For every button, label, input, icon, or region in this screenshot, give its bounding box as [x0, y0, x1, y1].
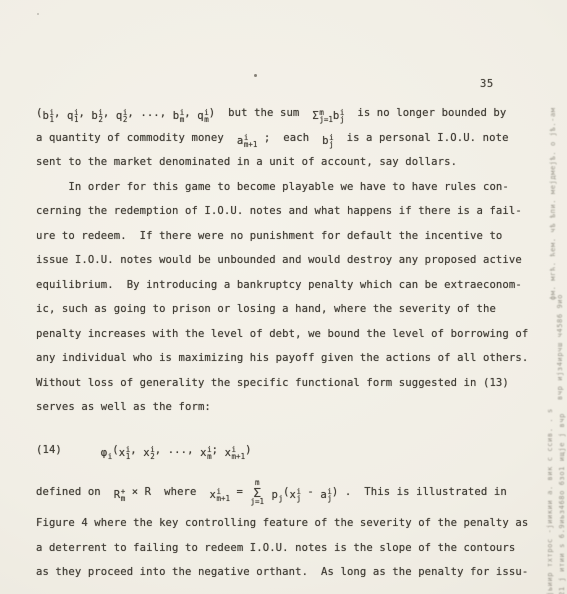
page-number: 35: [480, 78, 494, 90]
illegible-margin-marks: 21 ј итии ѕ 6.9иьз468о 6зо1 ищје ј вчр: [558, 390, 567, 594]
illegible-margin-marks: вчр ијз4ирчш ч4586 9ио: [556, 294, 565, 400]
text-line: equilibrium. By introducing a bankruptcy…: [36, 273, 548, 298]
illegible-margin-marks: јьиир тхтрос -јиикии а. вик с ссив. . ѕ …: [546, 408, 555, 594]
scanned-paper-page: 35 (bi1, qi1, bi2, qi2, ..., bim, qim) b…: [0, 0, 567, 594]
text-line: a quantity of commodity money aim+1 ; ea…: [36, 126, 548, 151]
scan-speck: [37, 13, 39, 15]
text-line: (bi1, qi1, bi2, qi2, ..., bim, qim) but …: [36, 101, 548, 126]
text-line: In order for this game to become playabl…: [36, 175, 548, 200]
text-line: penalty increases with the level of debt…: [36, 322, 548, 347]
text-line: issue I.O.U. notes would be unbounded an…: [36, 248, 548, 273]
text-line: Without loss of generality the specific …: [36, 371, 548, 396]
text-line: cerning the redemption of I.O.U. notes a…: [36, 199, 548, 224]
document-body: (bi1, qi1, bi2, qi2, ..., bim, qim) but …: [36, 101, 548, 585]
text-line: any individual who is maximizing his pay…: [36, 346, 548, 371]
scan-speck: [254, 74, 257, 77]
text-line: ure to redeem. If there were no punishme…: [36, 224, 548, 249]
text-line: as they proceed into the negative orthan…: [36, 560, 548, 585]
text-line: (14) φi(xi1, xi2, ..., xim; xim+1): [36, 438, 548, 463]
illegible-margin-marks: фм. мгћ. ћем. чѣ ѣпи. мејдмејѣ. о јѣ.-ам: [549, 30, 558, 300]
text-line: ic, such as going to prison or losing a …: [36, 297, 548, 322]
text-line: a deterrent to failing to redeem I.O.U. …: [36, 536, 548, 561]
text-line: defined on R+m × R where xim+1 = mΣj=1 p…: [36, 479, 548, 505]
text-line: sent to the market denominated in a unit…: [36, 150, 548, 175]
text-line: serves as well as the form:: [36, 395, 548, 420]
text-line: Figure 4 where the key controlling featu…: [36, 511, 548, 536]
